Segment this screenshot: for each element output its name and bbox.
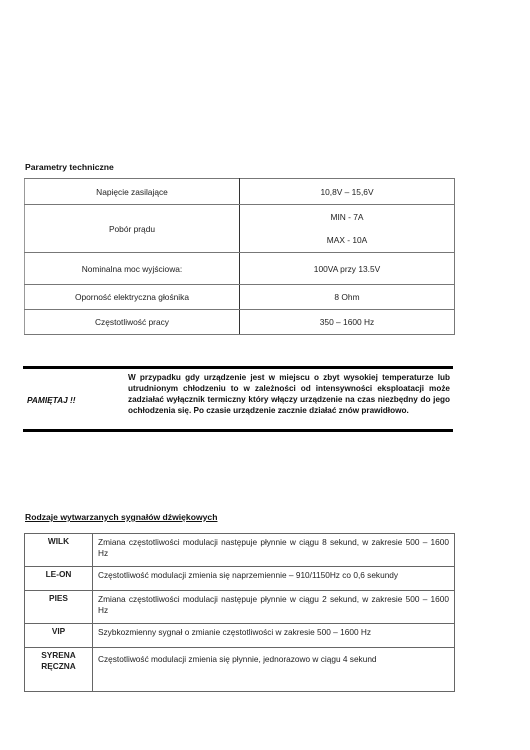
signals-table: WILK Zmiana częstotliwości modulacji nas… [24, 533, 455, 692]
memo-text: W przypadku gdy urządzenie jest w miejsc… [128, 372, 450, 416]
technical-params-table: Napięcie zasilające 10,8V – 15,6V Pobór … [24, 178, 455, 335]
param-label: Napięcie zasilające [25, 179, 240, 205]
table-row: Częstotliwość pracy 350 – 1600 Hz [25, 310, 455, 335]
signal-description: Szybkozmienny sygnał o zmianie częstotli… [93, 624, 455, 648]
param-value: 100VA przy 13.5V [240, 253, 455, 285]
technical-params-heading: Parametry techniczne [25, 162, 114, 172]
param-value-max: MAX - 10A [240, 235, 454, 246]
param-label: Nominalna moc wyjściowa: [25, 253, 240, 285]
param-label: Częstotliwość pracy [25, 310, 240, 335]
param-label: Pobór prądu [25, 205, 240, 253]
warning-memo: PAMIĘTAJ !! W przypadku gdy urządzenie j… [23, 366, 453, 432]
param-value: 8 Ohm [240, 285, 455, 310]
param-value: 10,8V – 15,6V [240, 179, 455, 205]
param-value: MIN - 7A MAX - 10A [240, 205, 455, 253]
param-value: 350 – 1600 Hz [240, 310, 455, 335]
signal-name: SYRENA RĘCZNA [25, 648, 93, 692]
table-row: SYRENA RĘCZNA Częstotliwość modulacji zm… [25, 648, 455, 692]
signal-name: LE-ON [25, 567, 93, 591]
table-row: LE-ON Częstotliwość modulacji zmienia si… [25, 567, 455, 591]
signal-name: WILK [25, 534, 93, 567]
signal-description: Zmiana częstotliwości modulacji następuj… [93, 534, 455, 567]
signal-description: Zmiana częstotliwości modulacji następuj… [93, 591, 455, 624]
signal-name-line: RĘCZNA [25, 661, 92, 672]
table-row: PIES Zmiana częstotliwości modulacji nas… [25, 591, 455, 624]
signal-name-line: SYRENA [25, 650, 92, 661]
signal-name: PIES [25, 591, 93, 624]
signal-name: VIP [25, 624, 93, 648]
signal-description: Częstotliwość modulacji zmienia się napr… [93, 567, 455, 591]
param-label: Oporność elektryczna głośnika [25, 285, 240, 310]
table-row: Pobór prądu MIN - 7A MAX - 10A [25, 205, 455, 253]
param-value-min: MIN - 7A [240, 212, 454, 223]
table-row: VIP Szybkozmienny sygnał o zmianie częst… [25, 624, 455, 648]
signal-description: Częstotliwość modulacji zmienia się płyn… [93, 648, 455, 692]
memo-label: PAMIĘTAJ !! [27, 395, 76, 405]
signals-heading: Rodzaje wytwarzanych sygnałów dźwiękowyc… [25, 512, 217, 522]
table-row: Oporność elektryczna głośnika 8 Ohm [25, 285, 455, 310]
table-row: Nominalna moc wyjściowa: 100VA przy 13.5… [25, 253, 455, 285]
table-row: Napięcie zasilające 10,8V – 15,6V [25, 179, 455, 205]
table-row: WILK Zmiana częstotliwości modulacji nas… [25, 534, 455, 567]
